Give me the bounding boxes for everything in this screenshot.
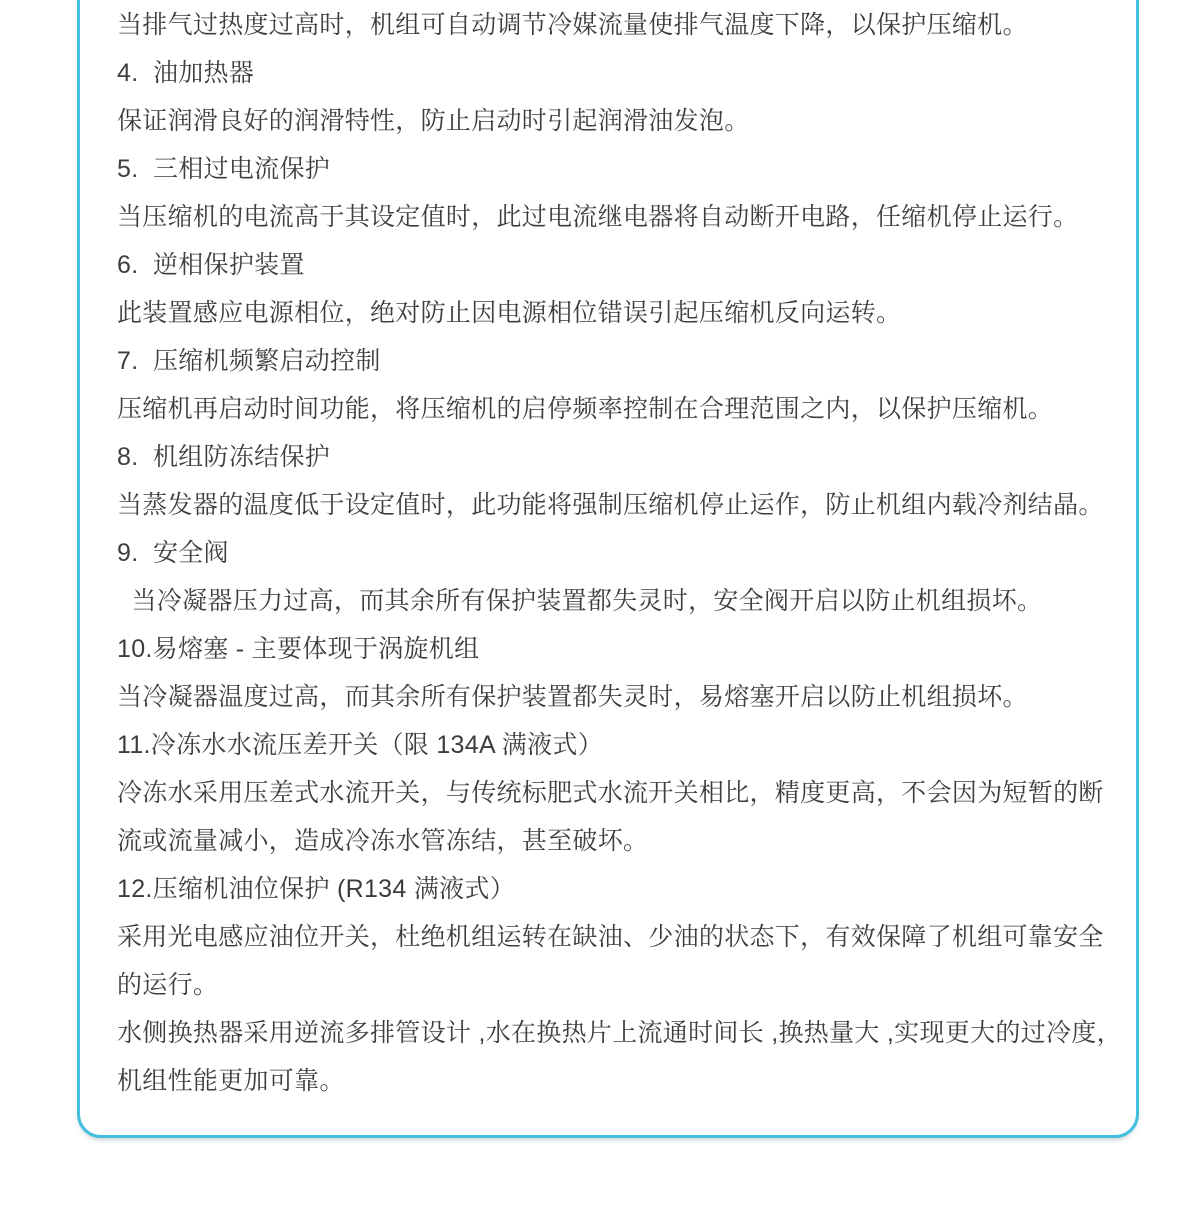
paragraph-freeze-protection: 当蒸发器的温度低于设定值时，此功能将强制压缩机停止运作，防止机组内载冷剂结晶。	[117, 481, 1106, 529]
heading-8-freeze-protection: 8. 机组防冻结保护	[117, 433, 1106, 481]
page: 当排气过热度过高时，机组可自动调节冷媒流量使排气温度下降，以保护压缩机。 4. …	[0, 0, 1197, 1208]
heading-11-flow-pressure-switch: 11.冷冻水水流压差开关（限 134A 满液式）	[117, 721, 1106, 769]
heading-5-overcurrent-protection: 5. 三相过电流保护	[117, 145, 1106, 193]
paragraph-overcurrent-protection: 当压缩机的电流高于其设定值时，此过电流继电器将自动断开电路，任缩机停止运行。	[117, 193, 1106, 241]
paragraph-oil-heater: 保证润滑良好的润滑特性，防止启动时引起润滑油发泡。	[117, 97, 1106, 145]
feature-card: 当排气过热度过高时，机组可自动调节冷媒流量使排气温度下降，以保护压缩机。 4. …	[77, 0, 1139, 1138]
heading-6-reverse-phase-protection: 6. 逆相保护装置	[117, 241, 1106, 289]
heading-12-oil-level-protection: 12.压缩机油位保护 (R134 满液式）	[117, 865, 1106, 913]
heading-10-fusible-plug: 10.易熔塞 - 主要体现于涡旋机组	[117, 625, 1106, 673]
paragraph-safety-valve: 当冷凝器压力过高，而其余所有保护装置都失灵时，安全阀开启以防止机组损坏。	[117, 577, 1106, 625]
heading-7-frequent-start-control: 7. 压缩机频繁启动控制	[117, 337, 1106, 385]
paragraph-flow-pressure-switch-2: 流或流量减小，造成冷冻水管冻结，甚至破坏。	[117, 817, 1106, 865]
paragraph-oil-level-protection-1: 采用光电感应油位开关，杜绝机组运转在缺油、少油的状态下，有效保障了机组可靠安全	[117, 913, 1106, 961]
paragraph-flow-pressure-switch-1: 冷冻水采用压差式水流开关，与传统标肥式水流开关相比，精度更高，不会因为短暂的断	[117, 769, 1106, 817]
heading-9-safety-valve: 9. 安全阀	[117, 529, 1106, 577]
paragraph-oil-level-protection-2: 的运行。	[117, 961, 1106, 1009]
paragraph-frequent-start-control: 压缩机再启动时间功能，将压缩机的启停频率控制在合理范围之内，以保护压缩机。	[117, 385, 1106, 433]
paragraph-discharge-overheat: 当排气过热度过高时，机组可自动调节冷媒流量使排气温度下降，以保护压缩机。	[117, 1, 1106, 49]
paragraph-reverse-phase-protection: 此装置感应电源相位，绝对防止因电源相位错误引起压缩机反向运转。	[117, 289, 1106, 337]
paragraph-heat-exchanger-1: 水侧换热器采用逆流多排管设计 ,水在换热片上流通时间长 ,换热量大 ,实现更大的…	[117, 1009, 1106, 1057]
heading-4-oil-heater: 4. 油加热器	[117, 49, 1106, 97]
paragraph-fusible-plug: 当冷凝器温度过高，而其余所有保护装置都失灵时，易熔塞开启以防止机组损坏。	[117, 673, 1106, 721]
paragraph-heat-exchanger-2: 机组性能更加可靠。	[117, 1057, 1106, 1105]
